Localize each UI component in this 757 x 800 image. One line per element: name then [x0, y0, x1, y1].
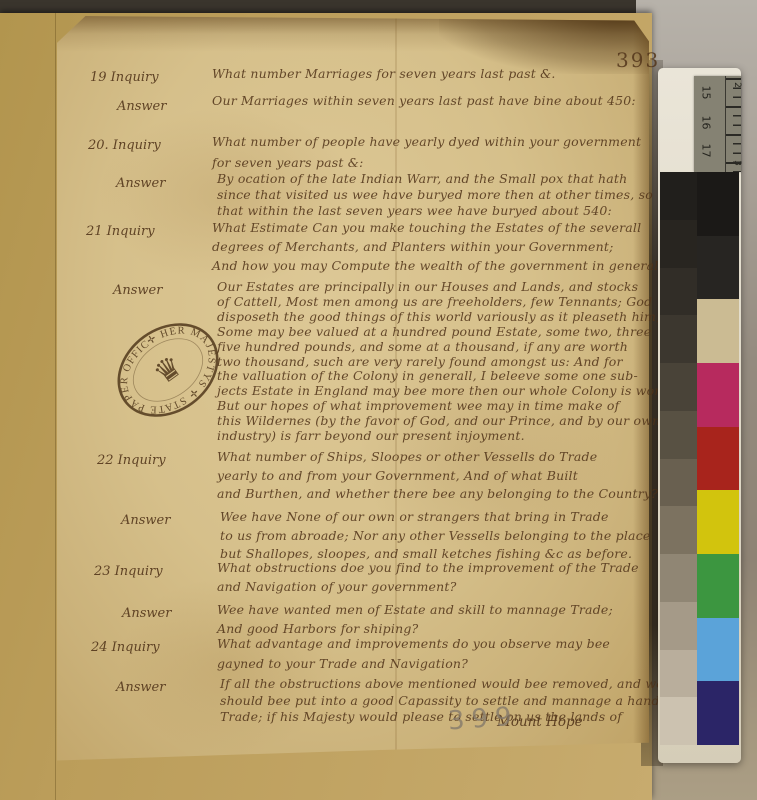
color-patch-column: [697, 172, 739, 745]
gray-step: [660, 459, 697, 507]
gray-step: [660, 220, 697, 268]
entry-line: Some may bee valued at a hundred pound E…: [217, 324, 651, 339]
entry-line: And good Harbors for shiping?: [217, 621, 418, 636]
entry-line: gayned to your Trade and Navigation?: [217, 656, 468, 671]
entry-line: What number Marriages for seven years la…: [212, 66, 556, 81]
color-patch-cream: [697, 299, 739, 363]
entry-line: jects Estate in England may bee more the…: [217, 383, 674, 398]
entry-line: and Burthen, and whether there bee any b…: [217, 486, 658, 501]
entry-line: but Shallopes, sloopes, and small ketche…: [220, 546, 632, 561]
gray-step: [660, 315, 697, 363]
color-patch-magenta: [697, 363, 739, 427]
folio-number-pencil: 399: [447, 702, 520, 737]
entry-line: What number of people have yearly dyed w…: [212, 134, 641, 149]
entry-line: Our Estates are principally in our House…: [217, 279, 638, 294]
color-patch-black: [697, 172, 739, 236]
gray-step: [660, 650, 697, 698]
entry-line: If all the obstructions above mentioned …: [220, 676, 671, 691]
ruler-number: 15: [700, 86, 713, 100]
entry-line: What Estimate Can you make touching the …: [212, 220, 641, 235]
entry-line: Wee have None of our own or strangers th…: [220, 509, 609, 524]
entry-margin-label: Answer: [122, 606, 171, 621]
entry-line: industry) is farr beyond our present inj…: [217, 428, 525, 443]
entry-line: What number of Ships, Sloopes or other V…: [217, 449, 597, 464]
gray-step: [660, 363, 697, 411]
gray-step: [660, 411, 697, 459]
entry-line: that within the last seven years wee hav…: [217, 203, 612, 218]
gray-step: [660, 506, 697, 554]
entry-line: What obstructions doe you find to the im…: [217, 560, 639, 575]
entry-margin-label: 24 Inquiry: [91, 640, 160, 655]
entry-margin-label: 20. Inquiry: [88, 138, 161, 153]
entry-line: yearly to and from your Government, And …: [217, 468, 578, 483]
color-patch-red: [697, 427, 739, 491]
entry-margin-label: 19 Inquiry: [90, 70, 159, 85]
entry-line: the valluation of the Colony in generall…: [217, 368, 638, 383]
entry-line: Wee have wanted men of Estate and skill …: [217, 602, 613, 617]
color-patch-navy: [697, 681, 739, 745]
entry-line: What advantage and improvements do you o…: [217, 636, 610, 651]
ruler-number: 16: [700, 116, 713, 130]
gray-step: [660, 268, 697, 316]
grayscale-step-wedge: [660, 172, 697, 745]
gray-step: [660, 172, 697, 220]
entry-line: degrees of Merchants, and Planters withi…: [212, 239, 613, 254]
entry-line: Our Marriages within seven years last pa…: [212, 93, 636, 108]
entry-margin-label: 21 Inquiry: [86, 224, 155, 239]
ruler-corner-number: 3: [732, 160, 742, 166]
entry-margin-label: 23 Inquiry: [94, 564, 163, 579]
entry-line: of Cattell, Most men among us are freeho…: [217, 294, 652, 309]
gray-step: [660, 602, 697, 650]
entry-line: disposeth the good things of this world …: [217, 309, 660, 324]
calibration-card: 15 16 17 2 3: [658, 68, 741, 763]
entry-line: and Navigation of your government?: [217, 579, 457, 594]
entry-line: By ocation of the late Indian Warr, and …: [217, 171, 627, 186]
entry-margin-label: Answer: [121, 513, 170, 528]
ruler-number: 17: [700, 144, 713, 158]
entry-margin-label: 22 Inquiry: [97, 453, 166, 468]
folio-number-ink: 393: [616, 48, 660, 72]
entry-margin-label: Answer: [113, 283, 162, 298]
entry-line: since that visited us wee have buryed mo…: [217, 187, 653, 202]
entry-margin-label: Answer: [116, 680, 165, 695]
ruler-edge-line: [725, 76, 726, 172]
color-patch-yellow: [697, 490, 739, 554]
entry-line: to us from abroade; Nor any other Vessel…: [220, 528, 651, 543]
ruler: 15 16 17 2 3: [694, 76, 741, 172]
entry-line: for seven years past &:: [212, 155, 363, 170]
color-patch-dark-charcoal: [697, 236, 739, 300]
gray-step: [660, 697, 697, 745]
ruler-corner-number: 2: [732, 82, 742, 88]
entry-margin-label: Answer: [116, 176, 165, 191]
entry-line: five hundred pounds, and some at a thous…: [217, 339, 628, 354]
entry-line: two thousand, such are very rarely found…: [217, 354, 623, 369]
color-patch-sky-blue: [697, 618, 739, 682]
gray-step: [660, 554, 697, 602]
archival-photo: 393 19 InquiryWhat number Marriages for …: [0, 0, 757, 800]
album-page-edge: [55, 13, 56, 800]
entry-line: this Wildernes (by the favor of God, and…: [217, 413, 660, 428]
color-patch-green: [697, 554, 739, 618]
entry-line: And how you may Compute the wealth of th…: [212, 258, 670, 273]
entry-margin-label: Answer: [117, 99, 166, 114]
entry-line: But our hopes of what improvement wee ma…: [217, 398, 619, 413]
